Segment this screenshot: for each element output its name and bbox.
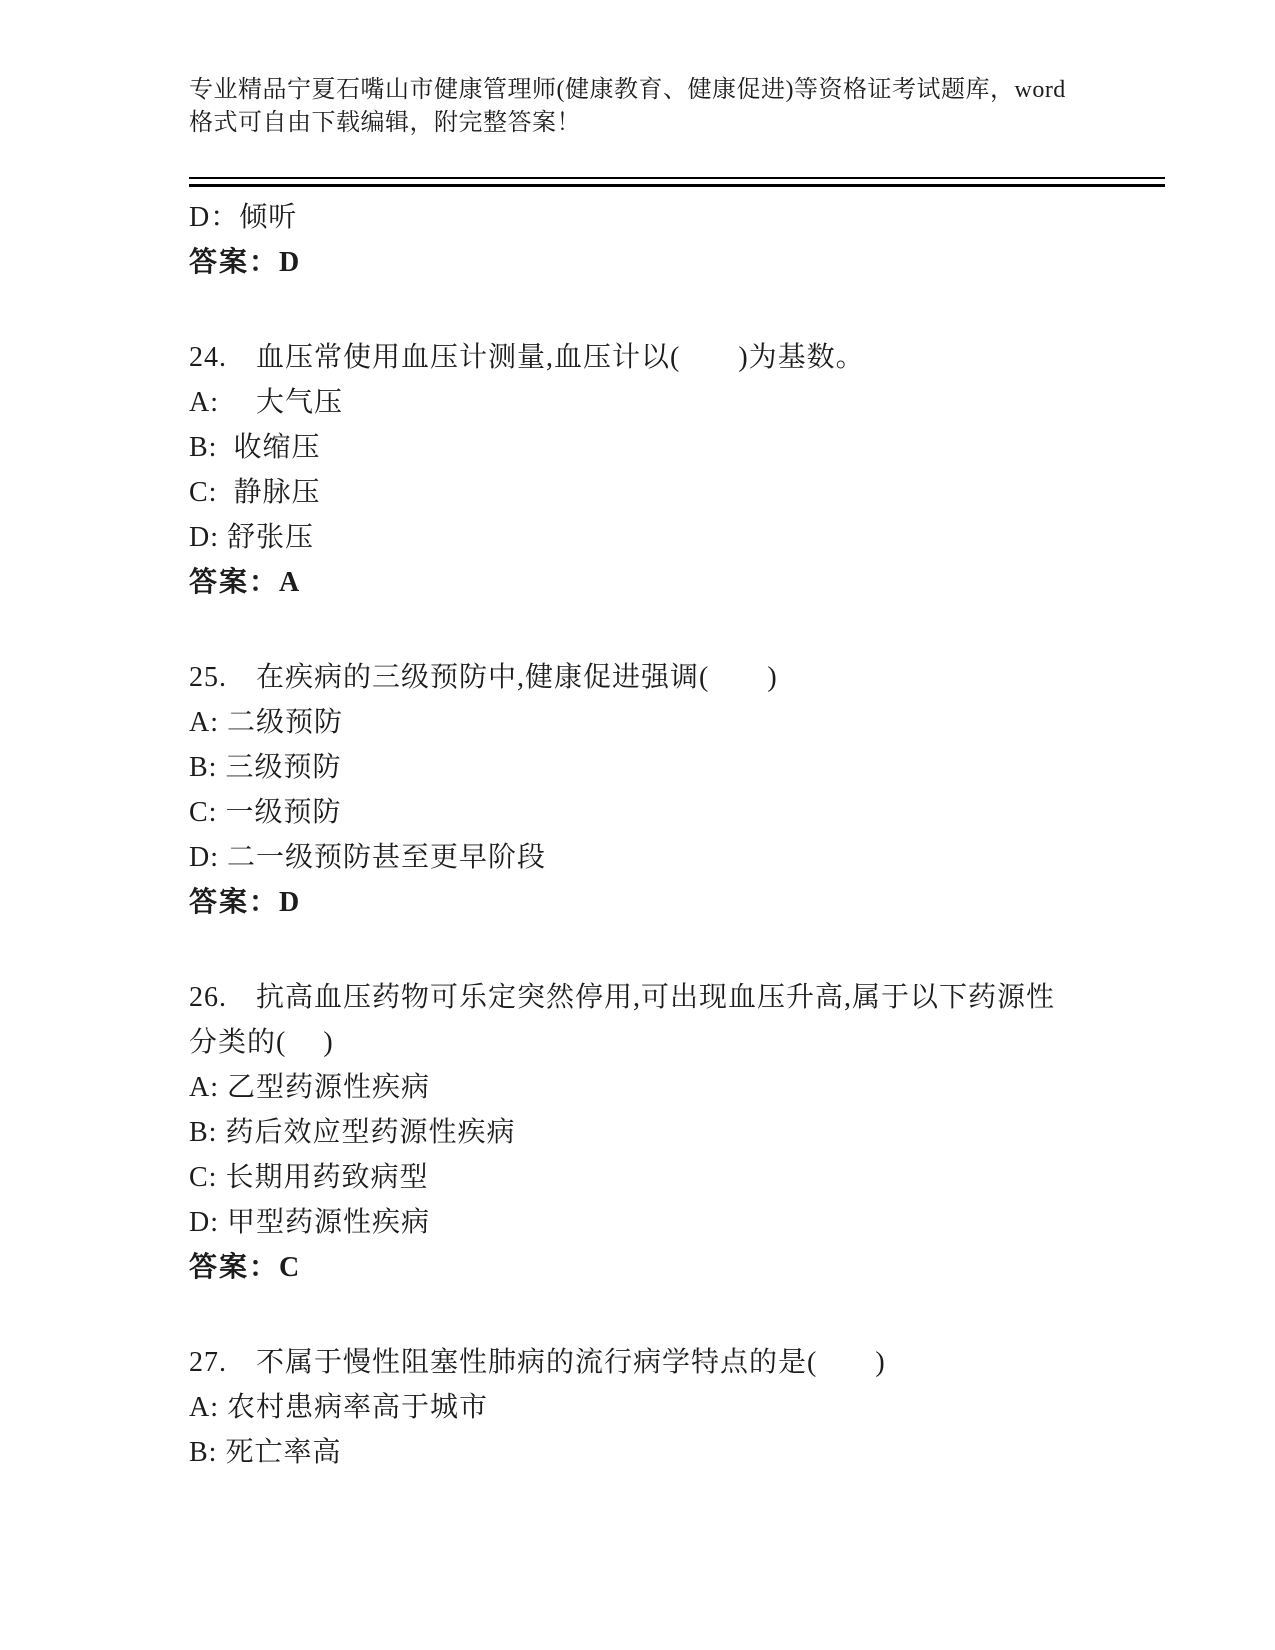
- question-26-option-d: D: 甲型药源性疾病: [189, 1200, 1165, 1245]
- question-27-option-a: A: 农村患病率高于城市: [189, 1385, 1165, 1430]
- page-header: 专业精品宁夏石嘴山市健康管理师(健康教育、健康促进)等资格证考试题库，word …: [189, 74, 1165, 140]
- prev-question-option-d: D：倾听: [189, 195, 1165, 240]
- question-26-answer: 答案：C: [189, 1245, 1165, 1290]
- header-line-2: 格式可自由下载编辑，附完整答案！: [189, 107, 1165, 140]
- question-26-option-a: A: 乙型药源性疾病: [189, 1065, 1165, 1110]
- question-25-answer: 答案：D: [189, 880, 1165, 925]
- question-24-option-a: A: 大气压: [189, 380, 1165, 425]
- header-line-1: 专业精品宁夏石嘴山市健康管理师(健康教育、健康促进)等资格证考试题库，word: [189, 74, 1165, 107]
- question-24-answer: 答案：A: [189, 560, 1165, 605]
- question-27-option-b: B: 死亡率高: [189, 1430, 1165, 1475]
- question-25-option-a: A: 二级预防: [189, 700, 1165, 745]
- document-page: 专业精品宁夏石嘴山市健康管理师(健康教育、健康促进)等资格证考试题库，word …: [0, 0, 1275, 1650]
- question-24-stem: 24. 血压常使用血压计测量,血压计以( )为基数。: [189, 335, 1165, 380]
- question-25-option-c: C: 一级预防: [189, 790, 1165, 835]
- question-26-stem: 26. 抗高血压药物可乐定突然停用,可出现血压升高,属于以下药源性 分类的( ): [189, 975, 1165, 1065]
- question-24-option-b: B: 收缩压: [189, 425, 1165, 470]
- header-divider: [189, 177, 1165, 187]
- question-27-stem: 27. 不属于慢性阻塞性肺病的流行病学特点的是( ): [189, 1340, 1165, 1385]
- question-25-stem: 25. 在疾病的三级预防中,健康促进强调( ): [189, 655, 1165, 700]
- question-26-option-c: C: 长期用药致病型: [189, 1155, 1165, 1200]
- question-25-option-d: D: 二一级预防甚至更早阶段: [189, 835, 1165, 880]
- document-body: D：倾听 答案：D 24. 血压常使用血压计测量,血压计以( )为基数。 A: …: [189, 195, 1165, 1475]
- question-24-option-d: D: 舒张压: [189, 515, 1165, 560]
- page-content: 专业精品宁夏石嘴山市健康管理师(健康教育、健康促进)等资格证考试题库，word …: [189, 74, 1165, 1475]
- question-24-option-c: C: 静脉压: [189, 470, 1165, 515]
- prev-question-answer: 答案：D: [189, 240, 1165, 285]
- question-26-option-b: B: 药后效应型药源性疾病: [189, 1110, 1165, 1155]
- question-25-option-b: B: 三级预防: [189, 745, 1165, 790]
